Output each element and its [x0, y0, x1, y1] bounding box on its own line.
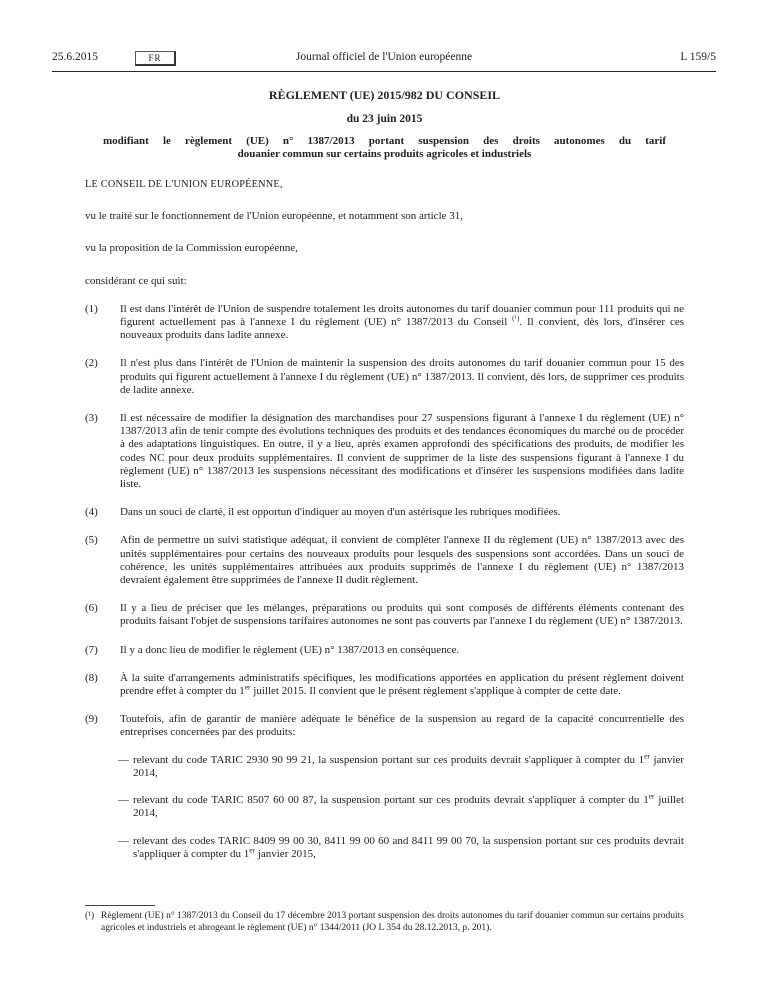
footnote-1: (¹) Règlement (UE) n° 1387/2013 du Conse… — [85, 911, 684, 934]
recital-number: (2) — [85, 357, 120, 397]
bullet-text-part: relevant du code TARIC 2930 90 99 21, la… — [133, 754, 644, 766]
page-header: Journal officiel de l'Union européenne 2… — [52, 51, 716, 68]
language-badge: FR — [135, 51, 176, 66]
bullet-text-part: relevant du code TARIC 8507 60 00 87, la… — [133, 794, 649, 806]
recital-text: Afin de permettre un suivi statistique a… — [120, 534, 684, 587]
recital-text: Il y a donc lieu de modifier le règlemen… — [120, 644, 684, 657]
footnote-marker: (¹) — [85, 911, 101, 934]
recital-number: (8) — [85, 672, 120, 698]
recital-1: (1) Il est dans l'intérêt de l'Union de … — [85, 303, 684, 343]
indent-item-taric-2930: — relevant du code TARIC 2930 90 99 21, … — [118, 754, 684, 780]
recital-text: À la suite d'arrangements administratifs… — [120, 672, 684, 698]
recital-number: (5) — [85, 534, 120, 587]
dash-bullet: — — [118, 754, 133, 780]
recital-text: Dans un souci de clarté, il est opportun… — [120, 506, 684, 519]
bullet-text: relevant du code TARIC 8507 60 00 87, la… — [133, 794, 684, 820]
header-date: 25.6.2015 — [52, 51, 98, 63]
recital-8: (8) À la suite d'arrangements administra… — [85, 672, 684, 698]
recital-6: (6) Il y a lieu de préciser que les méla… — [85, 602, 684, 628]
page-reference: L 159/5 — [680, 51, 716, 63]
citation-proposal: vu la proposition de la Commission europ… — [85, 242, 684, 255]
bullet-text: relevant des codes TARIC 8409 99 00 30, … — [133, 835, 684, 861]
regulation-title: RÈGLEMENT (UE) 2015/982 DU CONSEIL — [85, 88, 684, 102]
recital-number: (3) — [85, 412, 120, 491]
preamble-opening: LE CONSEIL DE L'UNION EUROPÉENNE, — [85, 178, 684, 191]
subject-line-2: douanier commun sur certains produits ag… — [103, 148, 666, 161]
recital-text: Il est nécessaire de modifier la désigna… — [120, 412, 684, 491]
bullet-text: relevant du code TARIC 2930 90 99 21, la… — [133, 754, 684, 780]
document-body: RÈGLEMENT (UE) 2015/982 DU CONSEIL du 23… — [85, 88, 684, 861]
recital-text: Il est dans l'intérêt de l'Union de susp… — [120, 303, 684, 343]
indent-item-taric-8409-8411: — relevant des codes TARIC 8409 99 00 30… — [118, 835, 684, 861]
recital-text-part: juillet 2015. Il convient que le présent… — [251, 685, 621, 697]
recital-9: (9) Toutefois, afin de garantir de maniè… — [85, 713, 684, 739]
footnote-block: (¹) Règlement (UE) n° 1387/2013 du Conse… — [85, 905, 684, 934]
considering-line: considérant ce qui suit: — [85, 275, 684, 288]
dash-bullet: — — [118, 835, 133, 861]
recital-text: Toutefois, afin de garantir de manière a… — [120, 713, 684, 739]
recital-number: (7) — [85, 644, 120, 657]
recital-5: (5) Afin de permettre un suivi statistiq… — [85, 534, 684, 587]
recital-number: (1) — [85, 303, 120, 343]
dash-bullet: — — [118, 794, 133, 820]
recital-7: (7) Il y a donc lieu de modifier le règl… — [85, 644, 684, 657]
recital-number: (6) — [85, 602, 120, 628]
recital-2: (2) Il n'est plus dans l'intérêt de l'Un… — [85, 357, 684, 397]
regulation-date: du 23 juin 2015 — [85, 112, 684, 126]
regulation-subject: modifiant le règlement (UE) n° 1387/2013… — [85, 135, 684, 161]
recital-number: (4) — [85, 506, 120, 519]
recital-3: (3) Il est nécessaire de modifier la dés… — [85, 412, 684, 491]
bullet-text-part: relevant des codes TARIC 8409 99 00 30, … — [133, 835, 684, 860]
indent-item-taric-8507: — relevant du code TARIC 8507 60 00 87, … — [118, 794, 684, 820]
recital-number: (9) — [85, 713, 120, 739]
citation-treaty: vu le traité sur le fonctionnement de l'… — [85, 210, 684, 223]
bullet-text-part: janvier 2015, — [255, 848, 316, 860]
footnote-text: Règlement (UE) n° 1387/2013 du Conseil d… — [101, 911, 684, 934]
header-rule — [52, 71, 716, 72]
footnote-separator — [85, 905, 155, 906]
subject-line-1: modifiant le règlement (UE) n° 1387/2013… — [103, 135, 666, 148]
recital-4: (4) Dans un souci de clarté, il est oppo… — [85, 506, 684, 519]
recital-text: Il y a lieu de préciser que les mélanges… — [120, 602, 684, 628]
journal-page: Journal officiel de l'Union européenne 2… — [0, 0, 768, 994]
recital-text: Il n'est plus dans l'intérêt de l'Union … — [120, 357, 684, 397]
